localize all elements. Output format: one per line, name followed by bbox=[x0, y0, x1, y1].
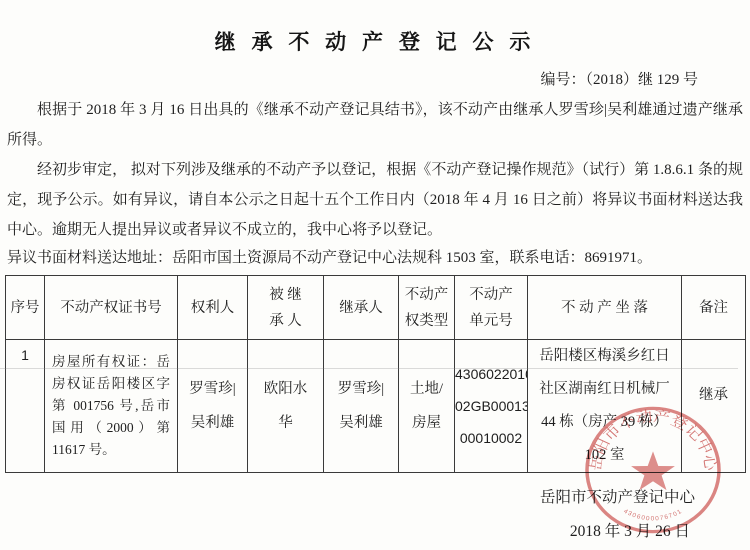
body-text: 根据于 2018 年 3 月 16 日出具的《继承不动产登记具结书》，该不动产由… bbox=[7, 95, 743, 272]
cell-right-holder: 罗雪珍| 吴利雄 bbox=[178, 340, 248, 473]
paragraph-objection-address: 异议书面材料送达地址：岳阳市国土资源局不动产登记中心法规科 1503 室，联系电… bbox=[7, 245, 743, 272]
doc-number: 编号：（2018）继 129 号 bbox=[0, 68, 750, 89]
paragraph-basis: 根据于 2018 年 3 月 16 日出具的《继承不动产登记具结书》，该不动产由… bbox=[7, 95, 743, 155]
notice-document-page: 继 承 不 动 产 登 记 公 示 编号：（2018）继 129 号 根据于 2… bbox=[0, 0, 750, 550]
cell-decedent: 欧阳水 华 bbox=[248, 340, 324, 473]
header-seq: 序号 bbox=[6, 276, 45, 340]
cell-seq: 1 bbox=[6, 340, 45, 473]
header-right-type: 不动产 权类型 bbox=[399, 276, 455, 340]
header-heir: 继承人 bbox=[324, 276, 399, 340]
cell-heir: 罗雪珍| 吴利雄 bbox=[324, 340, 399, 473]
cell-right-type: 土地/ 房屋 bbox=[399, 340, 455, 473]
property-registration-table: 序号 不动产权证书号 权利人 被 继 承 人 继承人 不动产 权类型 不动产 单… bbox=[5, 275, 746, 473]
cell-location: 岳阳楼区梅溪乡红日社区湖南红日机械厂 44 栋（房产 39 栋）102 室 bbox=[528, 340, 682, 473]
signature-date: 2018 年 3 月 26 日 bbox=[0, 519, 750, 541]
paragraph-review: 经初步审定， 拟对下列涉及继承的不动产予以登记，根据《不动产登记操作规范》（试行… bbox=[7, 155, 743, 245]
header-right-holder: 权利人 bbox=[178, 276, 248, 340]
header-location: 不 动 产 坐 落 bbox=[528, 276, 682, 340]
cell-remark: 继承 bbox=[682, 340, 746, 473]
header-cert-no: 不动产权证书号 bbox=[45, 276, 178, 340]
scan-artifact-line bbox=[0, 368, 738, 369]
header-unit-no: 不动产 单元号 bbox=[455, 276, 528, 340]
signature-organization: 岳阳市不动产登记中心 bbox=[0, 485, 750, 507]
table-header-row: 序号 不动产权证书号 权利人 被 继 承 人 继承人 不动产 权类型 不动产 单… bbox=[6, 276, 746, 340]
cell-unit-no: 4306022010 02GB00013F 00010002 bbox=[455, 340, 528, 473]
cell-cert-no: 房屋所有权证：岳房权证岳阳楼区字第 001756 号,岳市国用（2000）第 1… bbox=[45, 340, 178, 473]
header-remark: 备注 bbox=[682, 276, 746, 340]
page-title: 继 承 不 动 产 登 记 公 示 bbox=[0, 26, 750, 56]
table-row: 1 房屋所有权证：岳房权证岳阳楼区字第 001756 号,岳市国用（2000）第… bbox=[6, 340, 746, 473]
header-decedent: 被 继 承 人 bbox=[248, 276, 324, 340]
